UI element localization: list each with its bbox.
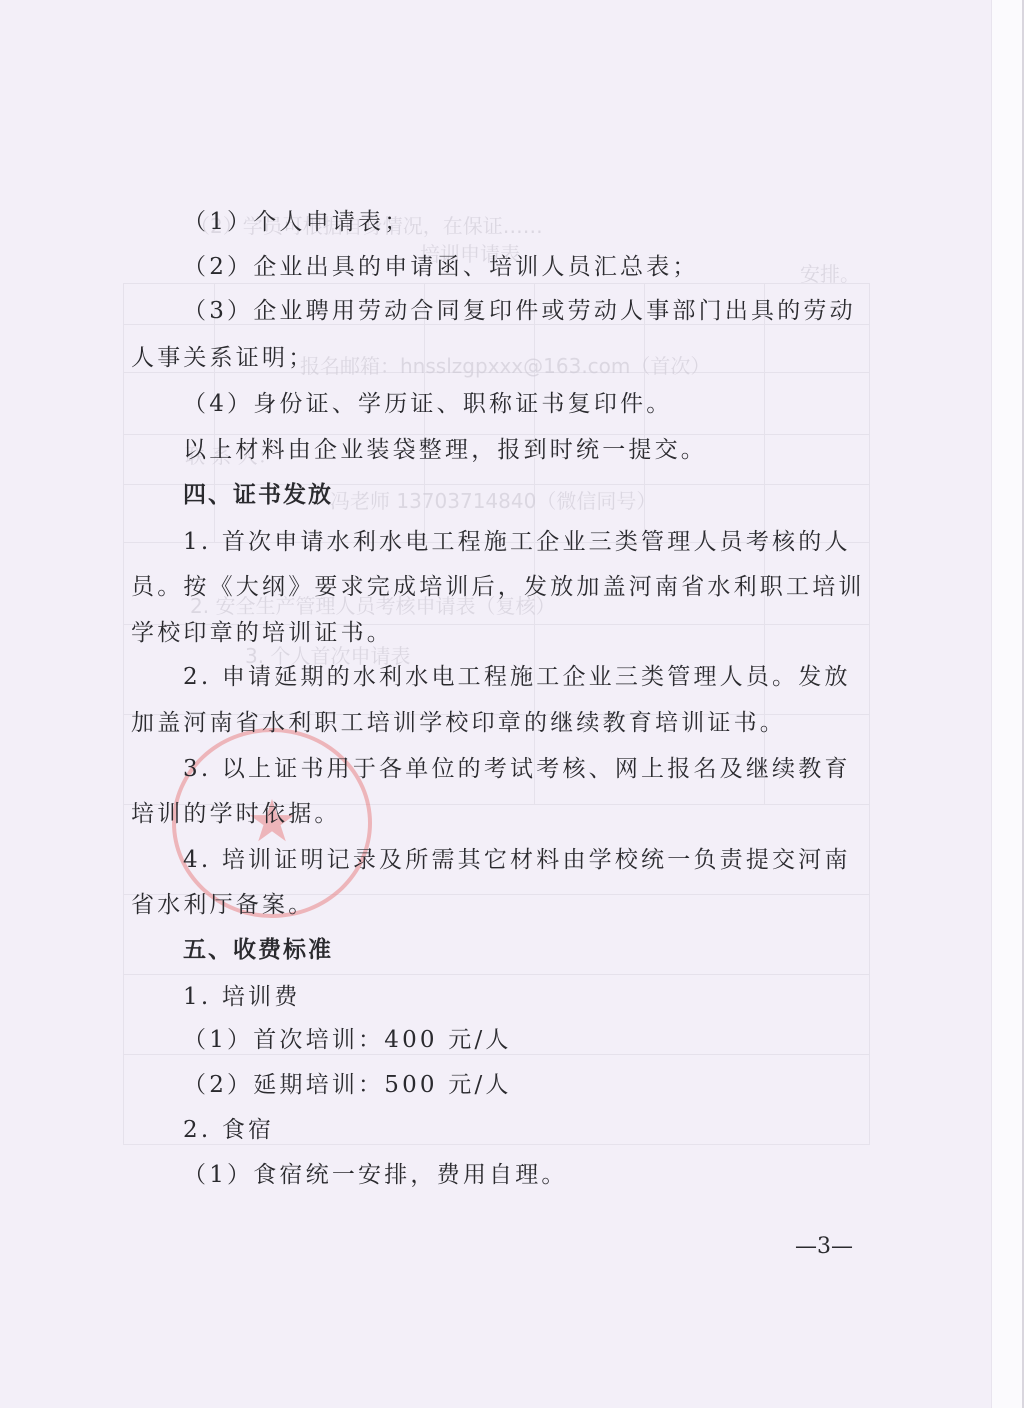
paragraph-line: （1）首次培训：400 元/人 [183,1025,512,1055]
bleed-through-line: 报名邮箱：hnsslzgpxxx@163.com（首次） [300,350,710,379]
paragraph-line: 培训的学时依据。 [131,799,341,829]
paragraph-line: 1. 培训费 [183,982,300,1012]
paragraph-line: （1）个人申请表； [183,207,410,237]
paragraph-line: 加盖河南省水利职工培训学校印章的继续教育培训证书。 [131,708,786,738]
paragraph-line: 以上材料由企业装袋整理，报到时统一提交。 [183,435,707,465]
paragraph-line: 2. 申请延期的水利水电工程施工企业三类管理人员。发放 [183,662,851,692]
bleed-through-line: 安排。 [800,258,860,287]
paragraph-line: 1. 首次申请水利水电工程施工企业三类管理人员考核的人 [183,527,851,557]
scan-margin-strip [991,0,1024,1408]
paragraph-line: （4）身份证、学历证、职称证书复印件。 [183,389,672,419]
paragraph-line: 员。按《大纲》要求完成培训后，发放加盖河南省水利职工培训 [131,572,865,602]
paragraph-line: （1）食宿统一安排，费用自理。 [183,1160,568,1190]
paragraph-line: 3. 以上证书用于各单位的考试考核、网上报名及继续教育 [183,754,851,784]
section-heading: 五、收费标准 [183,935,333,965]
paragraph-line: （3）企业聘用劳动合同复印件或劳动人事部门出具的劳动 [183,296,856,326]
page-number: —3— [795,1232,853,1262]
paragraph-line: 人事关系证明； [131,343,314,373]
paragraph-line: 学校印章的培训证书。 [131,618,393,648]
paragraph-line: 4. 培训证明记录及所需其它材料由学校统一负责提交河南 [183,845,851,875]
paragraph-line: （2）企业出具的申请函、培训人员汇总表； [183,252,699,282]
section-heading: 四、证书发放 [183,480,333,510]
paragraph-line: 2. 食宿 [183,1115,274,1145]
paragraph-line: （2）延期培训：500 元/人 [183,1070,512,1100]
paragraph-line: 省水利厅备案。 [131,890,314,920]
bleed-through-line: 冯老师 13703714840（微信同号） [330,485,656,514]
